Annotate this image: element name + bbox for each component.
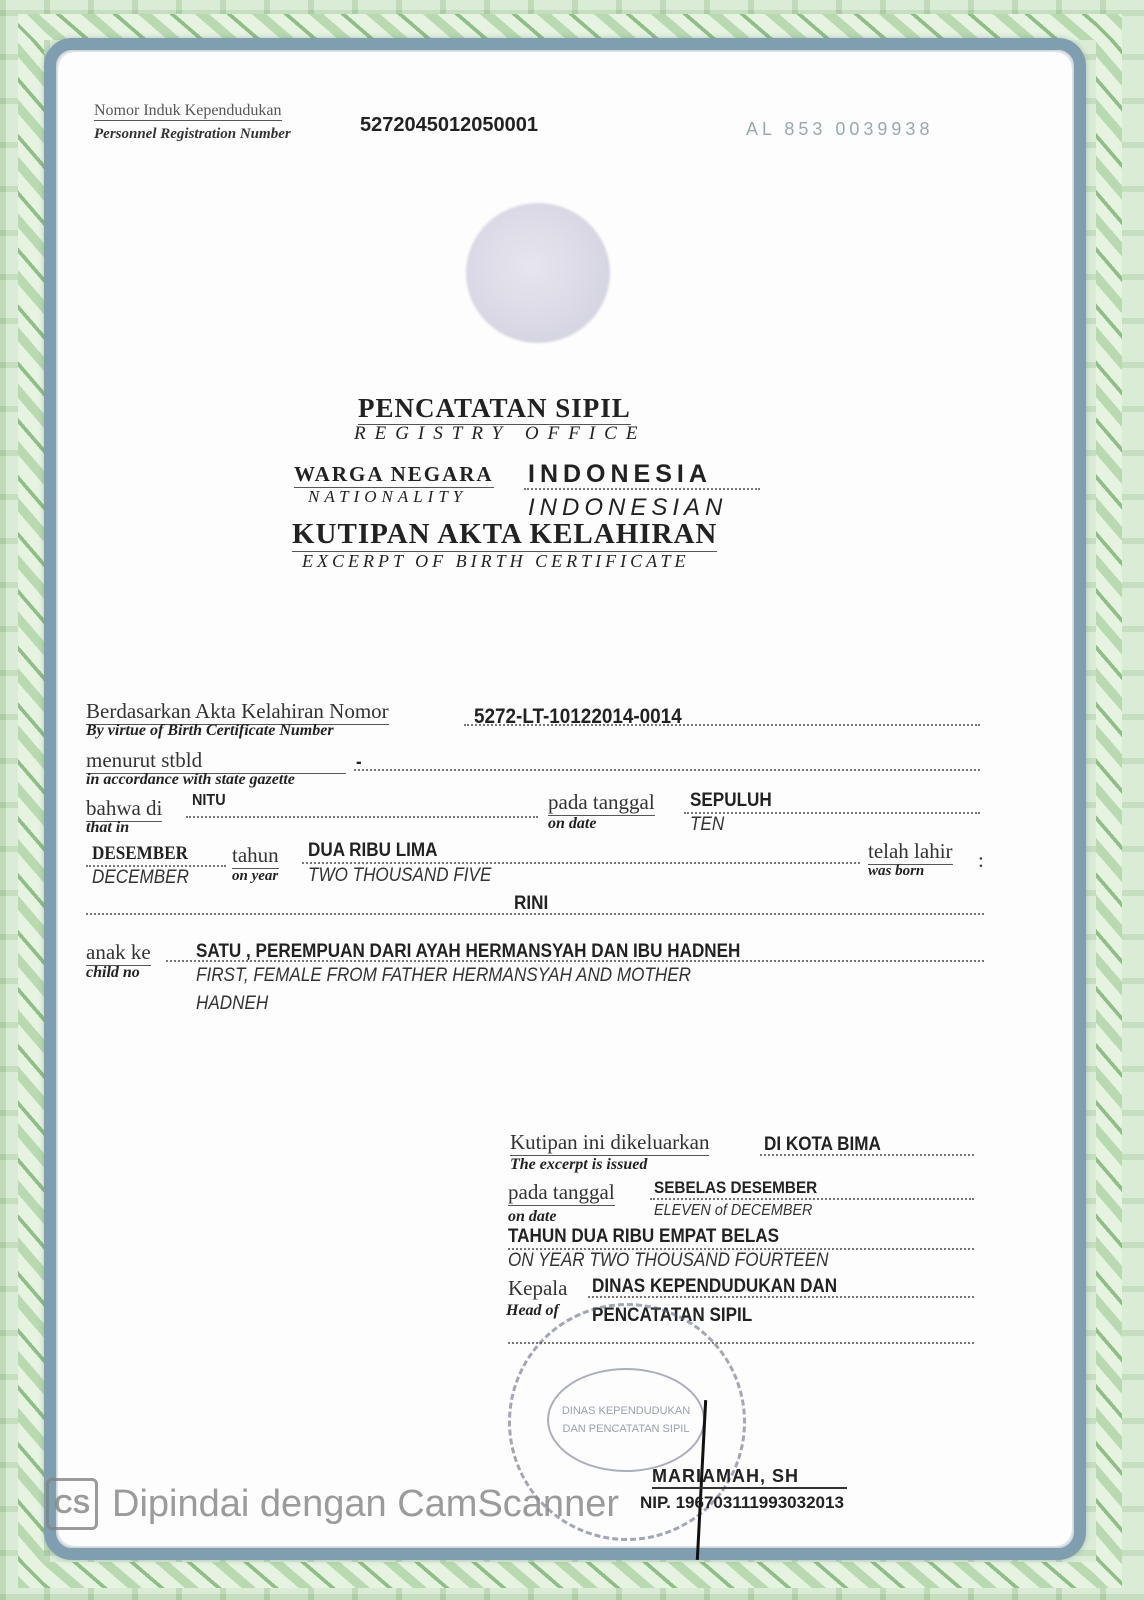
nik-label: Nomor Induk Kependudukan (94, 102, 282, 121)
photo-placeholder (466, 203, 610, 343)
child-name: RINI (514, 893, 548, 915)
birth-month-value-en: DECEMBER (92, 867, 189, 889)
child-order-value-en-1: FIRST, FEMALE FROM FATHER HERMANSYAH AND… (196, 965, 691, 987)
nationality-value: INDONESIA (528, 460, 712, 489)
watermark-text: Dipindai dengan CamScanner (112, 1483, 619, 1526)
issued-year-value: TAHUN DUA RIBU EMPAT BELAS (508, 1226, 779, 1248)
document-title: KUTIPAN AKTA KELAHIRAN (292, 518, 717, 552)
birth-month-value: DESEMBER (92, 843, 188, 865)
birth-date-value-en: TEN (690, 814, 724, 836)
head-label: Kepala (508, 1276, 567, 1301)
stamp-line-2: DAN PENCATATAN SIPIL (563, 1420, 690, 1438)
year-label: tahun (232, 843, 279, 869)
head-label-en: Head of (506, 1302, 559, 1320)
head-value-1: DINAS KEPENDUDUKAN DAN (592, 1276, 837, 1298)
cert-number-label-en: By virtue of Birth Certificate Number (86, 722, 334, 740)
issued-date-label-en: on date (508, 1208, 556, 1226)
born-label: telah lahir (868, 839, 953, 865)
document-title-en: EXCERPT OF BIRTH CERTIFICATE (302, 551, 689, 572)
place-label-en: that in (86, 819, 129, 837)
child-order-label: anak ke (86, 940, 151, 966)
birth-year-value: DUA RIBU LIMA (308, 840, 438, 862)
signatory-nip: NIP. 196703111993032013 (640, 1493, 844, 1513)
nationality-label-en: NATIONALITY (308, 487, 467, 507)
issued-place-value: DI KOTA BIMA (764, 1134, 881, 1156)
born-colon: : (978, 848, 984, 873)
office-title: PENCATATAN SIPIL (358, 393, 631, 425)
issued-date-value: SEBELAS DESEMBER (654, 1178, 817, 1198)
child-order-value-en-2: HADNEH (196, 993, 268, 1015)
issued-date-label: pada tanggal (508, 1180, 615, 1206)
office-title-en: REGISTRY OFFICE (354, 423, 646, 445)
birth-date-value: SEPULUH (690, 790, 772, 812)
issued-year-value-en: ON YEAR TWO THOUSAND FOURTEEN (508, 1250, 828, 1272)
issued-label-en: The excerpt is issued (510, 1156, 647, 1174)
issued-date-value-en: ELEVEN of DECEMBER (654, 1202, 812, 1220)
nationality-label: WARGA NEGARA (294, 462, 494, 488)
year-label-en: on year (232, 868, 278, 885)
signatory-name: MARIAMAH, SH (652, 1466, 847, 1489)
birth-year-value-en: TWO THOUSAND FIVE (308, 865, 491, 887)
nik-label-en: Personnel Registration Number (94, 126, 291, 143)
child-order-label-en: child no (86, 964, 140, 982)
issued-label: Kutipan ini dikeluarkan (510, 1130, 709, 1156)
serial-number: AL 853 0039938 (746, 119, 933, 140)
scanner-watermark: CS Dipindai dengan CamScanner (46, 1478, 619, 1530)
born-label-en: was born (868, 863, 924, 880)
camscanner-logo-icon: CS (46, 1478, 98, 1530)
place-value: NITU (192, 792, 226, 810)
stbld-label-en: in accordance with state gazette (86, 771, 295, 789)
birth-date-label: pada tanggal (548, 790, 655, 816)
nik-value: 5272045012050001 (360, 114, 538, 137)
stamp-line-1: DINAS KEPENDUDUKAN (562, 1402, 690, 1420)
birth-date-label-en: on date (548, 815, 596, 833)
